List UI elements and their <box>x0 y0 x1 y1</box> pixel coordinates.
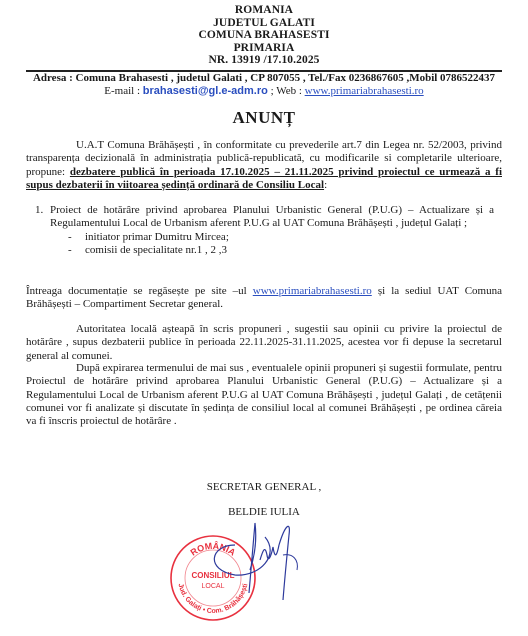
email-link[interactable]: brahasesti@gl.e-adm.ro <box>143 85 268 97</box>
header-institution: PRIMARIA <box>0 42 528 55</box>
intro-emphasis: dezbatere publică în perioada 17.10.2025… <box>26 166 502 191</box>
project-list: 1. Proiect de hotărâre privind aprobarea… <box>50 204 494 257</box>
initiator-text: initiator primar Dumitru Mircea; <box>85 231 229 243</box>
email-web-line: E-mail : brahasesti@gl.e-adm.ro ; Web : … <box>0 85 528 98</box>
header-country: ROMANIA <box>0 4 528 17</box>
intro-paragraph: U.A.T Comuna Brăhășești , în conformitat… <box>26 139 502 192</box>
header-commune: COMUNA BRAHASESTI <box>0 29 528 42</box>
signatory-title: SECRETAR GENERAL , <box>0 481 528 493</box>
contact-block: Adresa : Comuna Brahasesti , judetul Gal… <box>0 72 528 98</box>
list-number: 1. <box>35 204 43 217</box>
header-county: JUDETUL GALATI <box>0 17 528 30</box>
handwritten-signature-icon <box>205 515 305 610</box>
header-registration-number: NR. 13919 /17.10.2025 <box>0 54 528 67</box>
web-label: ; Web : <box>268 85 305 97</box>
sub-item: -initiator primar Dumitru Mircea; <box>50 231 494 244</box>
document-header: ROMANIA JUDETUL GALATI COMUNA BRAHASESTI… <box>0 4 528 67</box>
sub-item: -comisii de specialitate nr.1 , 2 ,3 <box>50 244 494 257</box>
commissions-text: comisii de specialitate nr.1 , 2 ,3 <box>85 244 227 256</box>
documentation-paragraph: Întreaga documentație se regăsește pe si… <box>26 285 502 312</box>
after-deadline-paragraph: După expirarea termenului de mai sus , e… <box>26 362 502 428</box>
documentation-website-link[interactable]: www.primariabrahasesti.ro <box>253 285 372 297</box>
address-line: Adresa : Comuna Brahasesti , judetul Gal… <box>0 72 528 85</box>
email-label: E-mail : <box>104 85 143 97</box>
proposals-paragraph: Autoritatea locală așteapă în scris prop… <box>26 323 502 363</box>
website-link[interactable]: www.primariabrahasesti.ro <box>305 85 424 97</box>
document-title: ANUNȚ <box>0 108 528 128</box>
project-item-text: Proiect de hotărâre privind aprobarea Pl… <box>50 204 494 231</box>
